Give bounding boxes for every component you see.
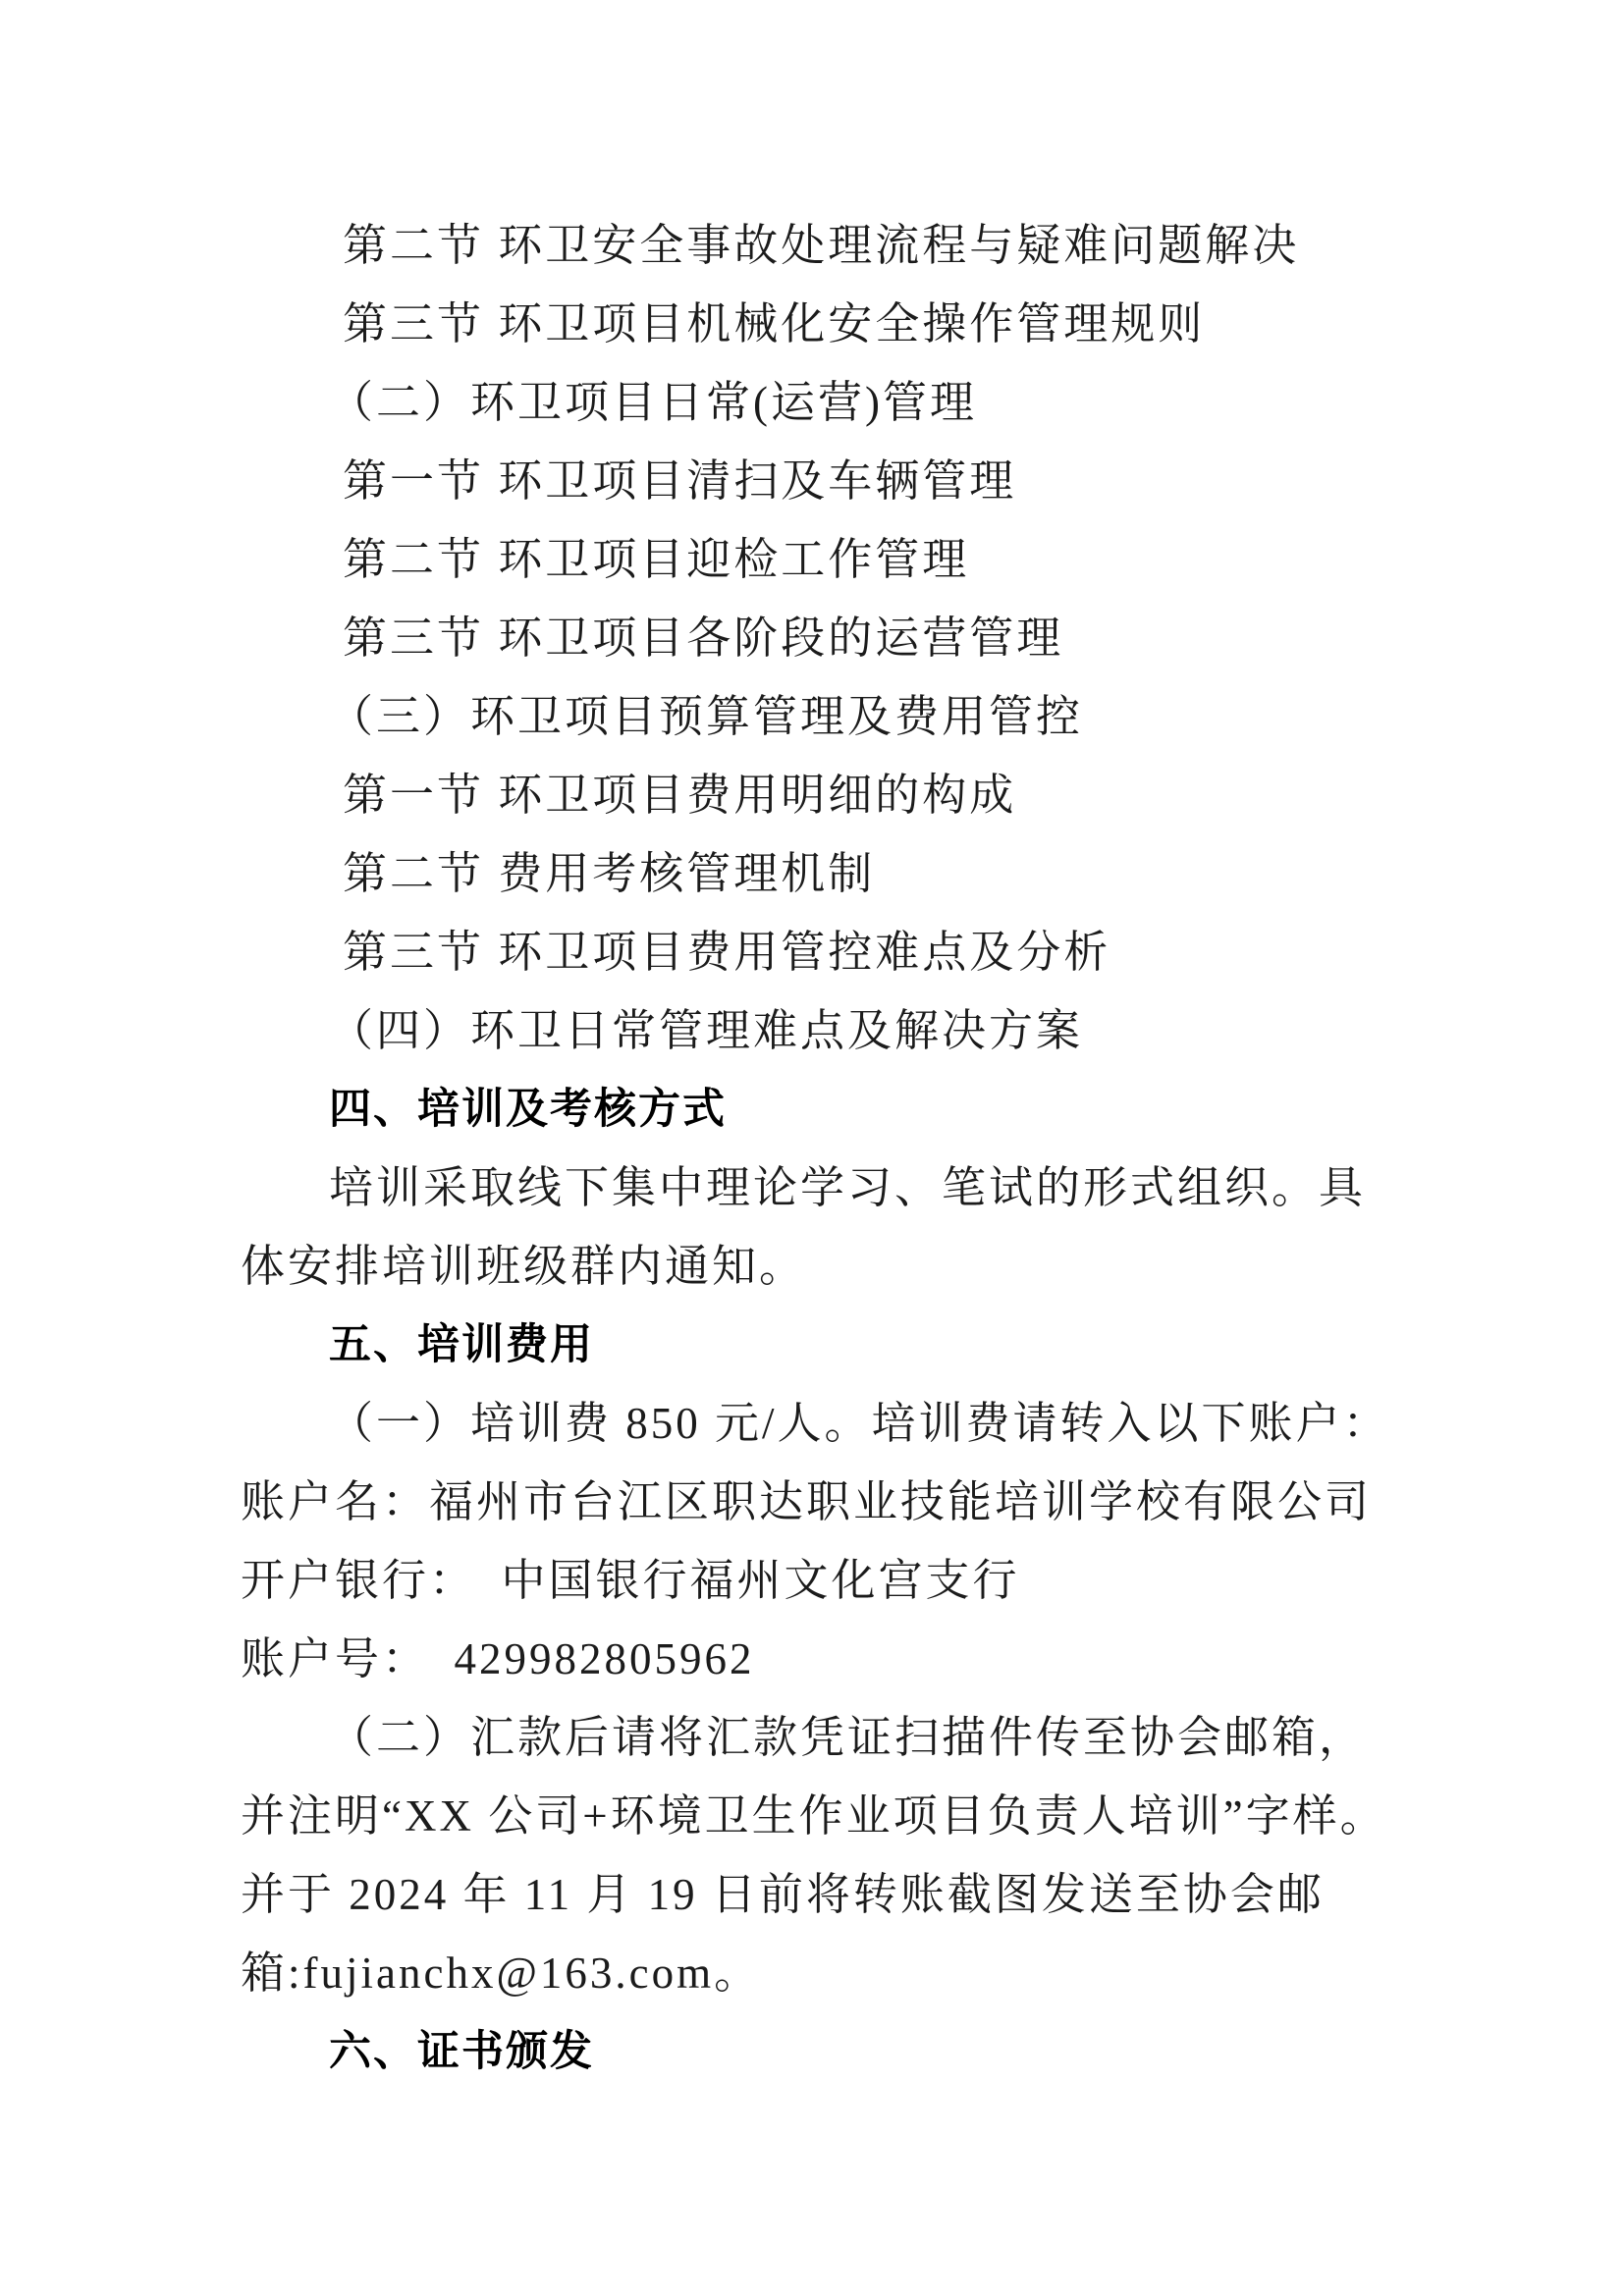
paragraph-first-line: （二）汇款后请将汇款凭证扫描件传至协会邮箱，: [241, 1698, 1383, 1777]
outline-section-line: 第二节 费用考核管理机制: [241, 834, 1383, 913]
outline-section-line: 第一节 环卫项目费用明细的构成: [241, 756, 1383, 834]
document-page: 第二节 环卫安全事故处理流程与疑难问题解决第三节 环卫项目机械化安全操作管理规则…: [0, 0, 1624, 2296]
paragraph-first-line: 培训采取线下集中理论学习、笔试的形式组织。具: [241, 1148, 1383, 1227]
document-body: 第二节 环卫安全事故处理流程与疑难问题解决第三节 环卫项目机械化安全操作管理规则…: [241, 206, 1383, 2091]
section-heading: 六、证书颁发: [241, 2012, 1383, 2091]
outline-section-line: 第二节 环卫项目迎检工作管理: [241, 520, 1383, 599]
paragraph-line: 箱:fujianchx@163.com。: [241, 1934, 1383, 2012]
paragraph-line: 体安排培训班级群内通知。: [241, 1227, 1383, 1306]
section-heading: 四、培训及考核方式: [241, 1070, 1383, 1148]
paragraph-line: 并于 2024 年 11 月 19 日前将转账截图发送至协会邮: [241, 1855, 1383, 1934]
outline-section-line: 第一节 环卫项目清扫及车辆管理: [241, 442, 1383, 520]
section-heading: 五、培训费用: [241, 1306, 1383, 1384]
outline-group-line: （四）环卫日常管理难点及解决方案: [241, 991, 1383, 1070]
outline-section-line: 第三节 环卫项目费用管控难点及分析: [241, 913, 1383, 991]
paragraph-line: 并注明“XX 公司+环境卫生作业项目负责人培训”字样。: [241, 1777, 1383, 1855]
outline-group-line: （三）环卫项目预算管理及费用管控: [241, 677, 1383, 756]
outline-section-line: 第三节 环卫项目机械化安全操作管理规则: [241, 285, 1383, 363]
outline-section-line: 第二节 环卫安全事故处理流程与疑难问题解决: [241, 206, 1383, 285]
outline-group-line: （二）环卫项目日常(运营)管理: [241, 363, 1383, 442]
paragraph-line: 账户名：福州市台江区职达职业技能培训学校有限公司: [241, 1463, 1383, 1541]
paragraph-line: 账户号： 429982805962: [241, 1620, 1383, 1698]
outline-section-line: 第三节 环卫项目各阶段的运营管理: [241, 599, 1383, 677]
paragraph-first-line: （一）培训费 850 元/人。培训费请转入以下账户：: [241, 1384, 1383, 1463]
paragraph-line: 开户银行： 中国银行福州文化宫支行: [241, 1541, 1383, 1620]
